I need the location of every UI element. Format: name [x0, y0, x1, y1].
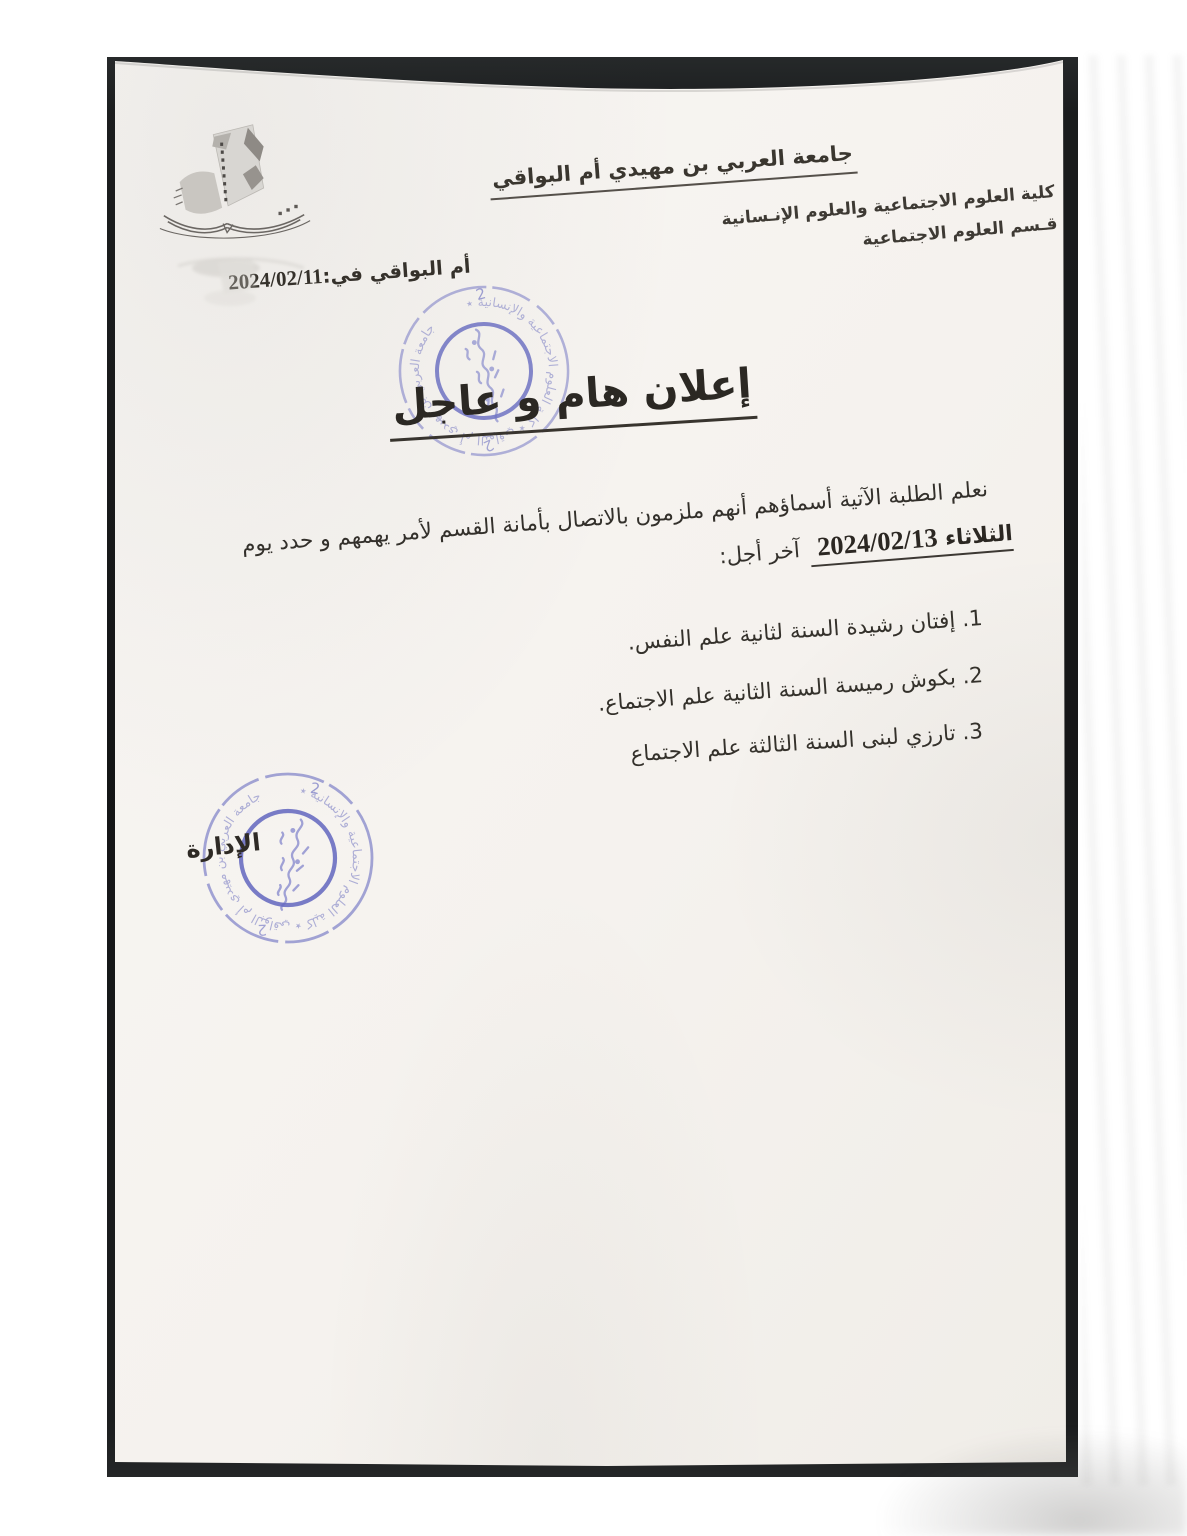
deadline-day: الثلاثاء [944, 521, 1013, 551]
logo-drape [174, 172, 222, 214]
logo-book-dots [278, 205, 297, 215]
scanned-document-canvas: جامعة العربي بن مهيدي أم البواقي كلية ال… [0, 0, 1187, 1536]
logo-open-book [160, 215, 310, 238]
stamp-scribble [269, 817, 313, 913]
stamp-mark: 2 [257, 921, 267, 939]
deadline-tail: آخر أجل: [718, 538, 801, 569]
logo-tower [212, 125, 263, 206]
university-logo [152, 116, 320, 266]
